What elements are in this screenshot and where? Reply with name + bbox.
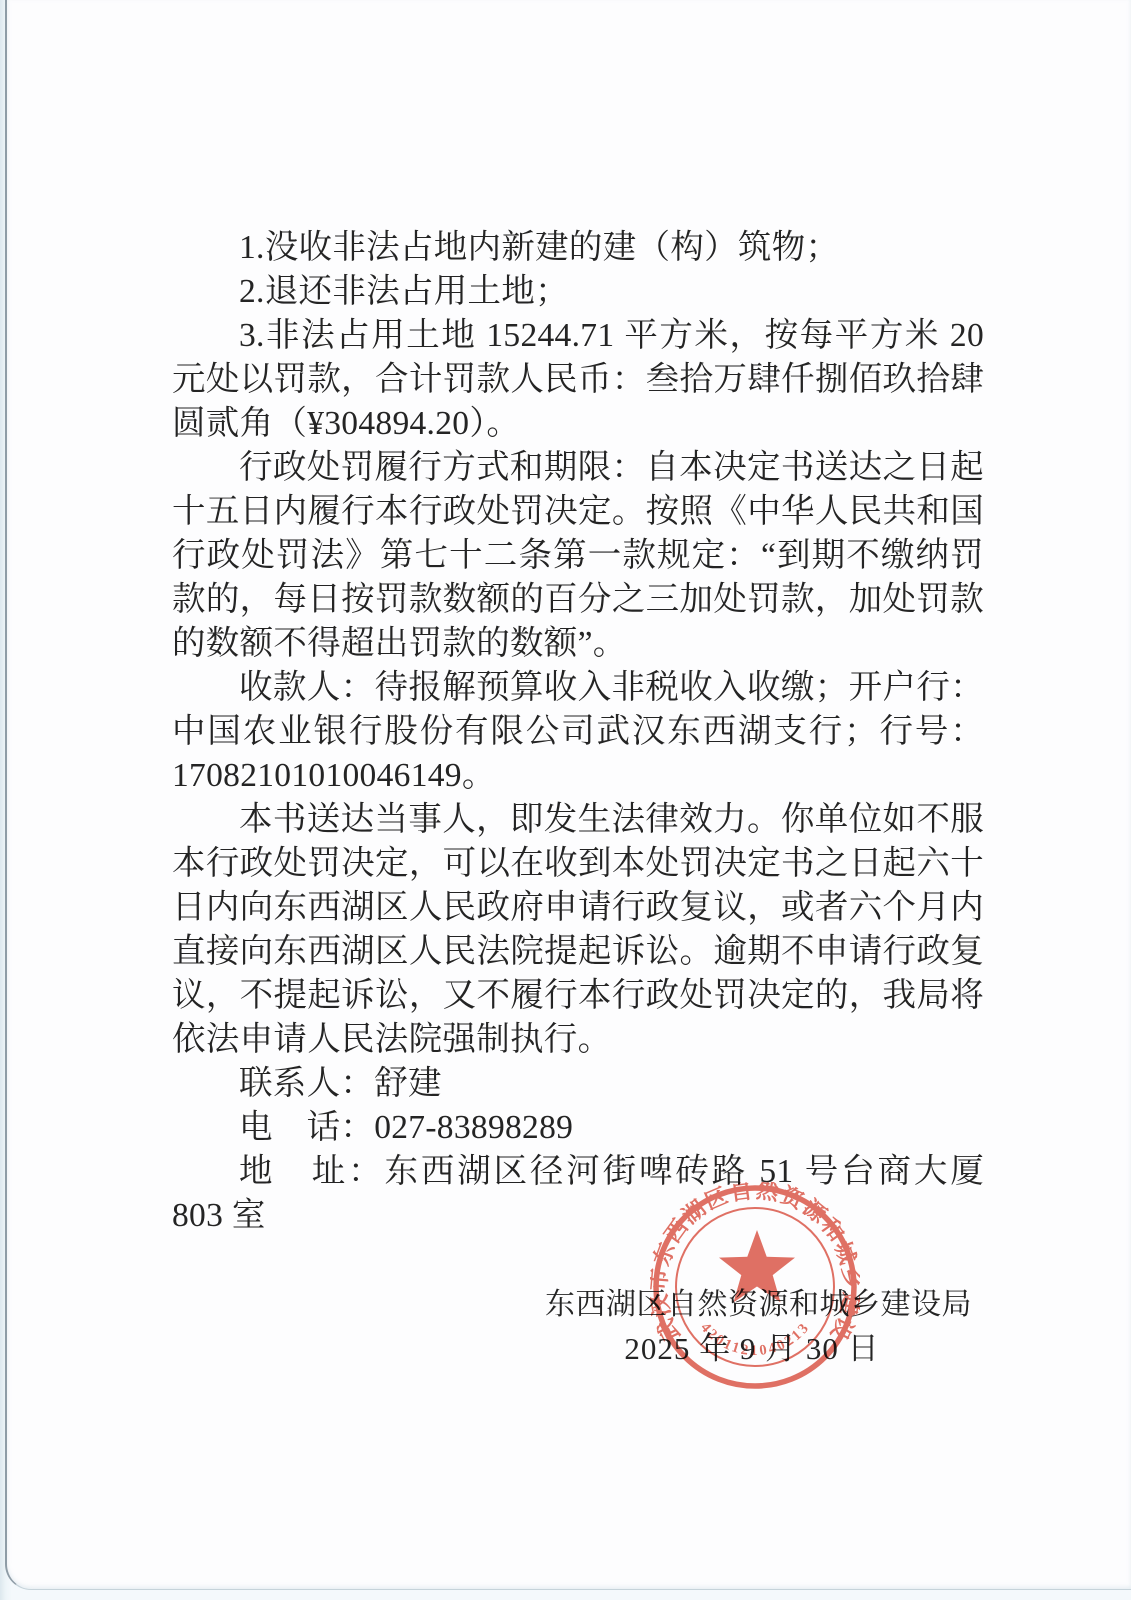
contact-address-line: 地 址：东西湖区径河街啤砖路 51 号台商大厦 803 室	[172, 1150, 984, 1238]
seal-star-icon	[719, 1230, 795, 1302]
contact-address-label: 地 址：	[239, 1153, 384, 1190]
contact-person-label: 联系人：	[239, 1065, 374, 1102]
list-item-fine-amount: 3.非法占用土地 15244.71 平方米，按每平方米 20 元处以罚款，合计罚…	[172, 314, 984, 446]
contact-phone-line: 电 话：027-83898289	[172, 1106, 984, 1150]
contact-person-line: 联系人：舒建	[172, 1062, 984, 1106]
contact-person-value: 舒建	[374, 1065, 442, 1102]
paragraph-penalty-deadline: 行政处罚履行方式和期限：自本决定书送达之日起十五日内履行本行政处罚决定。按照《中…	[172, 446, 984, 666]
official-seal: 武汉市东西湖区自然资源和城乡建设局 4201121040213	[650, 1182, 860, 1392]
scan-background: 1.没收非法占地内新建的建（构）筑物； 2.退还非法占用土地； 3.非法占用土地…	[0, 0, 1131, 1600]
document-body: 1.没收非法占地内新建的建（构）筑物； 2.退还非法占用土地； 3.非法占用土地…	[172, 226, 984, 1238]
paragraph-legal-remedies: 本书送达当事人，即发生法律效力。你单位如不服本行政处罚决定，可以在收到本处罚决定…	[172, 798, 984, 1062]
list-item-return-land: 2.退还非法占用土地；	[172, 270, 984, 314]
contact-phone-value: 027-83898289	[374, 1109, 573, 1146]
list-item-confiscate: 1.没收非法占地内新建的建（构）筑物；	[172, 226, 984, 270]
paragraph-payee-bank: 收款人：待报解预算收入非税收入收缴；开户行：中国农业银行股份有限公司武汉东西湖支…	[172, 666, 984, 798]
contact-phone-label: 电 话：	[239, 1109, 374, 1146]
seal-code-text: 4201121040213	[697, 1319, 813, 1359]
